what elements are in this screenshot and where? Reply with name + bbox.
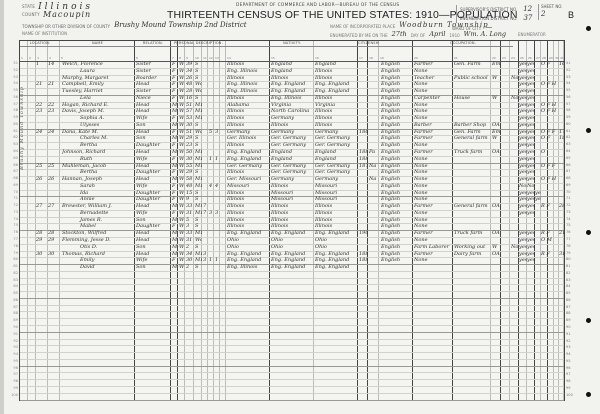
- cell-lang: English: [381, 129, 413, 135]
- cell-age: 30: [186, 257, 194, 263]
- cell-imm: 1870: [359, 163, 368, 169]
- line-number: 92: [8, 339, 18, 343]
- ward-row: WARD OF CITY —: [452, 23, 492, 31]
- cell-write: yes: [527, 176, 535, 182]
- cell-race: W: [179, 163, 185, 169]
- cell-bp: Eng. Illinois: [227, 88, 270, 94]
- township-label: TOWNSHIP OR OTHER DIVISION OF COUNTY: [22, 24, 110, 29]
- table-row: Tuesley, HarrietSisterFW28WdEng. Illinoi…: [20, 88, 564, 95]
- cell-emp: OA: [492, 149, 501, 155]
- line-number: 85: [8, 291, 18, 295]
- cell-own: O F H: [541, 108, 559, 114]
- cell-relation: Sister: [136, 88, 171, 94]
- cell-own: O F: [541, 135, 559, 141]
- cell-own: O F H: [541, 81, 559, 87]
- cell-bp: Eng. Illinois: [227, 68, 270, 74]
- cell-name: Welch, Florence: [62, 61, 135, 67]
- cell-family: 14: [48, 61, 60, 67]
- table-row: Otis D.SonMW2SOhioOhioOhioEnglishFarm La…: [20, 244, 564, 251]
- cell-bpm: Eng. England: [315, 230, 358, 236]
- cell-sex: F: [172, 196, 178, 202]
- cell-bpm: Illinois: [315, 122, 358, 128]
- cell-years-married: 7: [203, 210, 208, 216]
- cell-race: W: [179, 251, 185, 257]
- cell-emp: Emp: [492, 129, 501, 135]
- cell-sched: 31: [559, 251, 564, 257]
- line-number: 71: [8, 196, 18, 200]
- place-label: NAME OF INCORPORATED PLACE: [330, 24, 395, 29]
- cell-write: yes: [527, 149, 535, 155]
- cell-lang: English: [381, 149, 413, 155]
- cell-lang: English: [381, 122, 413, 128]
- scan-edge: [0, 0, 4, 414]
- line-number: 74: [566, 217, 578, 221]
- cell-bpm: England: [315, 156, 358, 162]
- cell-emp: OA: [492, 251, 501, 257]
- cell-family: 23: [48, 108, 60, 114]
- line-number: 88: [8, 311, 18, 315]
- punch-hole-icon: [586, 392, 591, 397]
- line-number: 94: [8, 352, 18, 356]
- cell-sex: F: [172, 81, 178, 87]
- cell-trade: Farmer: [414, 61, 453, 67]
- cell-bpf: Ger. Germany: [271, 135, 314, 141]
- sheet-letter: B: [568, 10, 574, 20]
- enumerator-name: Wm. A. Long: [464, 30, 506, 38]
- cell-dwelling: 21: [36, 81, 48, 87]
- cell-race: W: [179, 61, 185, 67]
- cell-bpm: Eng. England: [315, 251, 358, 257]
- cell-lang: English: [381, 169, 413, 175]
- cell-bpm: Eng. England: [315, 257, 358, 263]
- cell-name: Dana, Kate M.: [62, 129, 135, 135]
- cell-bpf: Germany: [271, 176, 314, 182]
- cell-age: 55: [186, 163, 194, 169]
- cell-bp: Alabama: [227, 102, 270, 108]
- line-number: 74: [8, 217, 18, 221]
- table-row: MabelDaughterFW3SIllinoisIllinoisIllinoi…: [20, 223, 564, 230]
- line-number: 96: [8, 366, 18, 370]
- cell-lang: English: [381, 115, 413, 121]
- cell-bp: Illinois: [227, 210, 270, 216]
- cell-bp: Illinois: [227, 122, 270, 128]
- cell-bpm: Germany: [315, 129, 358, 135]
- cell-bpf: England: [271, 149, 314, 155]
- line-number: 87: [566, 305, 578, 309]
- cell-read: yes: [519, 129, 527, 135]
- line-number: 72: [566, 203, 578, 207]
- cell-children-born: 5: [209, 129, 214, 135]
- cell-read: yes: [519, 108, 527, 114]
- enumerated-label: ENUMERATED BY ME ON THE: [330, 33, 388, 38]
- cell-sex: M: [172, 264, 178, 270]
- line-number: 63: [8, 142, 18, 146]
- cell-own: R F: [541, 251, 559, 257]
- cell-bpm: Ger. Germany: [315, 142, 358, 148]
- cell-industry: Gen. Farm: [454, 129, 491, 135]
- cell-bpf: Illinois: [271, 210, 314, 216]
- cell-write: yes: [527, 135, 535, 141]
- cell-own: R F: [541, 230, 559, 236]
- row-divider: [20, 339, 564, 340]
- cell-race: W: [179, 264, 185, 270]
- cell-sex: M: [172, 217, 178, 223]
- cell-relation: Wife: [136, 183, 171, 189]
- cell-bpm: Illinois: [315, 115, 358, 121]
- cell-sex: M: [172, 122, 178, 128]
- row-divider: [20, 366, 564, 367]
- cell-marital: Wd: [195, 237, 202, 243]
- cell-lang: English: [381, 251, 413, 257]
- cell-lang: English: [381, 244, 413, 250]
- cell-sched: 16: [559, 61, 564, 67]
- cell-years-married: 7: [203, 203, 208, 209]
- column-group-label: RELATION.: [135, 41, 171, 47]
- table-row: 2424Dana, Kate M.HeadFW51Wd53GermanyGerm…: [20, 129, 564, 136]
- cell-relation: Wife: [136, 210, 171, 216]
- cell-marital: S: [195, 244, 202, 250]
- table-row: 2727Brewster, William J.HeadMW33M17Illin…: [20, 203, 564, 210]
- cell-bp: Illinois: [227, 223, 270, 229]
- cell-write: yes: [527, 95, 535, 101]
- cell-sex: M: [172, 102, 178, 108]
- cell-name: Brewster, William J.: [62, 203, 135, 209]
- cell-sex: M: [172, 108, 178, 114]
- cell-imm: 1880: [359, 149, 368, 155]
- cell-marital: S: [195, 61, 202, 67]
- cell-race: W: [179, 176, 185, 182]
- cell-lang: English: [381, 61, 413, 67]
- cell-read: yes: [519, 190, 527, 196]
- line-number: 80: [566, 257, 578, 261]
- institution-label: NAME OF INSTITUTION: [22, 31, 67, 36]
- line-number: 78: [566, 244, 578, 248]
- line-number: 95: [8, 359, 18, 363]
- cell-age: 33: [186, 203, 194, 209]
- cell-age: 5: [186, 217, 194, 223]
- line-number: 81: [566, 264, 578, 268]
- cell-sex: F: [172, 68, 178, 74]
- cell-bp: Illinois: [227, 196, 270, 202]
- cell-bpm: Illinois: [315, 210, 358, 216]
- table-row: LelaNieceFW16SIllinoisEng. IllinoisIllin…: [20, 95, 564, 102]
- line-number: 98: [566, 379, 578, 383]
- cell-lang: English: [381, 135, 413, 141]
- cell-children-born: 4: [209, 183, 214, 189]
- cell-industry: Public school: [454, 75, 491, 81]
- cell-write: yes: [527, 61, 535, 67]
- cell-imm: 1864: [359, 129, 368, 135]
- cell-race: W: [179, 81, 185, 87]
- row-divider: [20, 400, 564, 401]
- cell-bpm: Illinois: [315, 108, 358, 114]
- cell-lang: English: [381, 95, 413, 101]
- cell-read: yes: [519, 102, 527, 108]
- cell-bpf: Eng. England: [271, 257, 314, 263]
- cell-lang: English: [381, 81, 413, 87]
- cell-marital: S: [195, 135, 202, 141]
- cell-own: O F H: [541, 102, 559, 108]
- sheet-label: SHEET NO.: [541, 4, 563, 9]
- census-table: 1234567891011121314151617181920212223242…: [19, 40, 565, 401]
- cell-sex: M: [172, 203, 178, 209]
- row-divider: [20, 278, 564, 279]
- cell-read: yes: [519, 257, 527, 263]
- cell-dwelling: 30: [36, 251, 48, 257]
- table-row: EmilyWifeFW30M1311Eng. EnglandEng. Engla…: [20, 257, 564, 264]
- line-number: 54: [566, 81, 578, 85]
- cell-own: O F F: [541, 163, 559, 169]
- cell-trade: None: [414, 223, 453, 229]
- line-number: 69: [8, 183, 18, 187]
- cell-relation: Head: [136, 108, 171, 114]
- township-row: TOWNSHIP OR OTHER DIVISION OF COUNTY Bru…: [22, 21, 251, 29]
- line-number: 54: [8, 81, 18, 85]
- table-row: Johnson, RichardHeadMW50M1Eng. EnglandEn…: [20, 149, 564, 156]
- cell-write: yes: [527, 230, 535, 236]
- line-number: 62: [566, 135, 578, 139]
- cell-read: yes: [519, 115, 527, 121]
- table-row: 2828Stockton, WilfredHeadMW33M1Eng. Engl…: [20, 230, 564, 237]
- cell-bpf: Eng. England: [271, 230, 314, 236]
- line-number: 98: [8, 379, 18, 383]
- line-number: 83: [8, 278, 18, 282]
- cell-years-married: 3: [203, 251, 208, 257]
- cell-lang: English: [381, 190, 413, 196]
- line-number: 91: [8, 332, 18, 336]
- cell-read: No: [519, 183, 527, 189]
- cell-dwelling: 27: [36, 203, 48, 209]
- cell-dwelling: 26: [36, 176, 48, 182]
- cell-industry: Barber Shop: [454, 122, 491, 128]
- cell-trade: Farmer: [414, 230, 453, 236]
- line-number: 68: [8, 176, 18, 180]
- cell-own: O: [541, 149, 559, 155]
- cell-marital: M1: [195, 251, 202, 257]
- cell-imm: 1882: [359, 257, 368, 263]
- cell-relation: Son: [136, 217, 171, 223]
- line-number: 66: [566, 163, 578, 167]
- cell-marital: M1: [195, 115, 202, 121]
- line-number: 66: [8, 163, 18, 167]
- cell-read: yes: [519, 156, 527, 162]
- cell-trade: None: [414, 81, 453, 87]
- cell-write: yes: [527, 169, 535, 175]
- cell-bp: Ger. Illinois: [227, 135, 270, 141]
- cell-trade: None: [414, 183, 453, 189]
- cell-sched: 21: [559, 230, 564, 236]
- punch-hole-icon: [586, 128, 591, 133]
- cell-name: Thomas, Richard: [62, 251, 135, 257]
- cell-bpf: Eng. England: [271, 81, 314, 87]
- county-label: COUNTY: [22, 11, 40, 19]
- cell-emp: W: [492, 244, 501, 250]
- cell-family: 22: [48, 102, 60, 108]
- cell-sex: F: [172, 210, 178, 216]
- line-number: 53: [8, 75, 18, 79]
- cell-bpf: England: [271, 156, 314, 162]
- year-label: 1910: [449, 33, 459, 38]
- cell-dwelling: 23: [36, 108, 48, 114]
- cell-relation: Daughter: [136, 196, 171, 202]
- cell-trade: None: [414, 176, 453, 182]
- cell-bp: Illinois: [227, 190, 270, 196]
- line-number: 95: [566, 359, 578, 363]
- line-number: 56: [566, 95, 578, 99]
- cell-bp: Germany: [227, 129, 270, 135]
- cell-weeks: No: [511, 244, 519, 250]
- cell-bpf: Illinois: [271, 223, 314, 229]
- table-row: James R.SonMW5SIllinoisIllinoisIllinoisE…: [20, 217, 564, 224]
- cell-read: yes: [519, 142, 527, 148]
- line-number: 72: [8, 203, 18, 207]
- state-label: STATE: [22, 3, 35, 11]
- cell-bp: Illinois: [227, 75, 270, 81]
- enumeration-district-label: ENUMERATION DISTRICT NO.: [460, 14, 517, 23]
- cell-sex: M: [172, 149, 178, 155]
- line-number: 84: [8, 284, 18, 288]
- cell-bpm: Virginia: [315, 102, 358, 108]
- cell-sex: F: [172, 257, 178, 263]
- cell-sex: F: [172, 183, 178, 189]
- cell-bpm: Illinois: [315, 75, 358, 81]
- cell-bpm: Ger. Germany: [315, 135, 358, 141]
- line-number: 51: [8, 61, 18, 65]
- line-number: 82: [566, 271, 578, 275]
- cell-lang: English: [381, 176, 413, 182]
- cell-write: yes: [527, 68, 535, 74]
- cell-read: yes: [519, 169, 527, 175]
- cell-industry: Working out: [454, 244, 491, 250]
- line-number: 55: [8, 88, 18, 92]
- cell-marital: M1: [195, 149, 202, 155]
- cell-bpf: Illinois: [271, 183, 314, 189]
- cell-trade: None: [414, 257, 453, 263]
- column-group-label: NAME: [60, 41, 135, 47]
- cell-bp: Ohio: [227, 244, 270, 250]
- cell-lang: English: [381, 163, 413, 169]
- cell-sex: F: [172, 115, 178, 121]
- line-number: 85: [566, 291, 578, 295]
- cell-write: yes: [527, 237, 535, 243]
- cell-bpm: Illinois: [315, 95, 358, 101]
- cell-race: W: [179, 95, 185, 101]
- cell-sched: 28: [559, 203, 564, 209]
- cell-race: W: [179, 129, 185, 135]
- line-number: 94: [566, 352, 578, 356]
- cell-relation: Head: [136, 149, 171, 155]
- cell-write: yes: [527, 108, 535, 114]
- cell-relation: Son: [136, 244, 171, 250]
- table-row: 2626Hannan, JosephHeadMW58M1Ger. Missour…: [20, 176, 564, 183]
- cell-sex: M: [172, 244, 178, 250]
- enumerated-day: 27th: [392, 30, 407, 38]
- enumeration-district-value: 37: [523, 14, 532, 23]
- cell-lang: English: [381, 257, 413, 263]
- cell-industry: General farm: [454, 135, 491, 141]
- column-header: 1234567891011121314151617181920212223242…: [20, 41, 564, 62]
- cell-name: Hannan, Joseph: [62, 176, 135, 182]
- line-number: 97: [566, 372, 578, 376]
- cell-lang: English: [381, 183, 413, 189]
- cell-race: W: [179, 210, 185, 216]
- cell-dwelling: 24: [36, 129, 48, 135]
- line-number: 57: [566, 102, 578, 106]
- cell-read: yes: [519, 95, 527, 101]
- cell-race: W: [179, 88, 185, 94]
- cell-write: yes: [527, 88, 535, 94]
- cell-bpf: Ger. Germany: [271, 142, 314, 148]
- cell-bp: Eng. England: [227, 230, 270, 236]
- table-row: 2121Campbell, EmilyHeadFW48WdEng. Illino…: [20, 81, 564, 88]
- cell-bpm: Missouri: [315, 190, 358, 196]
- cell-read: yes: [519, 122, 527, 128]
- cell-relation: Son: [136, 135, 171, 141]
- cell-read: yes: [519, 237, 527, 243]
- cell-write: yes: [527, 257, 535, 263]
- line-number: 93: [566, 345, 578, 349]
- cell-nat: Pa: [369, 149, 379, 155]
- cell-relation: Head: [136, 203, 171, 209]
- cell-race: W: [179, 244, 185, 250]
- line-number: 80: [8, 257, 18, 261]
- cell-bpm: Illinois: [315, 223, 358, 229]
- cell-marital: Wd: [195, 88, 202, 94]
- cell-emp: OA: [492, 122, 501, 128]
- cell-weeks: No: [511, 95, 519, 101]
- cell-race: W: [179, 75, 185, 81]
- cell-relation: Wife: [136, 156, 171, 162]
- cell-family: 30: [48, 251, 60, 257]
- cell-relation: Son: [136, 122, 171, 128]
- cell-read: yes: [519, 196, 527, 202]
- cell-relation: Head: [136, 102, 171, 108]
- row-divider: [20, 305, 564, 306]
- line-number: 70: [566, 190, 578, 194]
- cell-race: W: [179, 190, 185, 196]
- cell-trade: Carpenter: [414, 95, 453, 101]
- cell-lang: English: [381, 230, 413, 236]
- cell-children-living: 1: [215, 156, 220, 162]
- cell-sex: M: [172, 230, 178, 236]
- cell-trade: None: [414, 142, 453, 148]
- cell-weeks: No: [511, 75, 519, 81]
- cell-read: yes: [519, 81, 527, 87]
- cell-children-living: 3: [215, 129, 220, 135]
- cell-write: yes: [527, 190, 535, 196]
- cell-sex: M: [172, 163, 178, 169]
- cell-relation: Sister: [136, 61, 171, 67]
- cell-bpf: Missouri: [271, 190, 314, 196]
- line-number: 53: [566, 75, 578, 79]
- table-row: 2222Hogan, Richard E.HeadMW51M1AlabamaVi…: [20, 102, 564, 109]
- table-row: 2323Davis, Joseph M.HeadMW57M1IllinoisNo…: [20, 108, 564, 115]
- line-number: 76: [8, 230, 18, 234]
- cell-sex: M: [172, 176, 178, 182]
- table-row: BerthaDaughterFW23SIllinoisGer. GermanyG…: [20, 142, 564, 149]
- cell-marital: S: [195, 169, 202, 175]
- column-group-label: [379, 41, 413, 47]
- cell-race: W: [179, 149, 185, 155]
- cell-children-living: 4: [215, 183, 220, 189]
- cell-bpm: England: [315, 149, 358, 155]
- cell-read: yes: [519, 230, 527, 236]
- cell-bpm: Missouri: [315, 183, 358, 189]
- cell-family: 24: [48, 129, 60, 135]
- table-row: 2929Flemming, Jesse D.HeadMW31WdOhioOhio…: [20, 237, 564, 244]
- cell-bpf: England: [271, 68, 314, 74]
- line-number: 97: [8, 372, 18, 376]
